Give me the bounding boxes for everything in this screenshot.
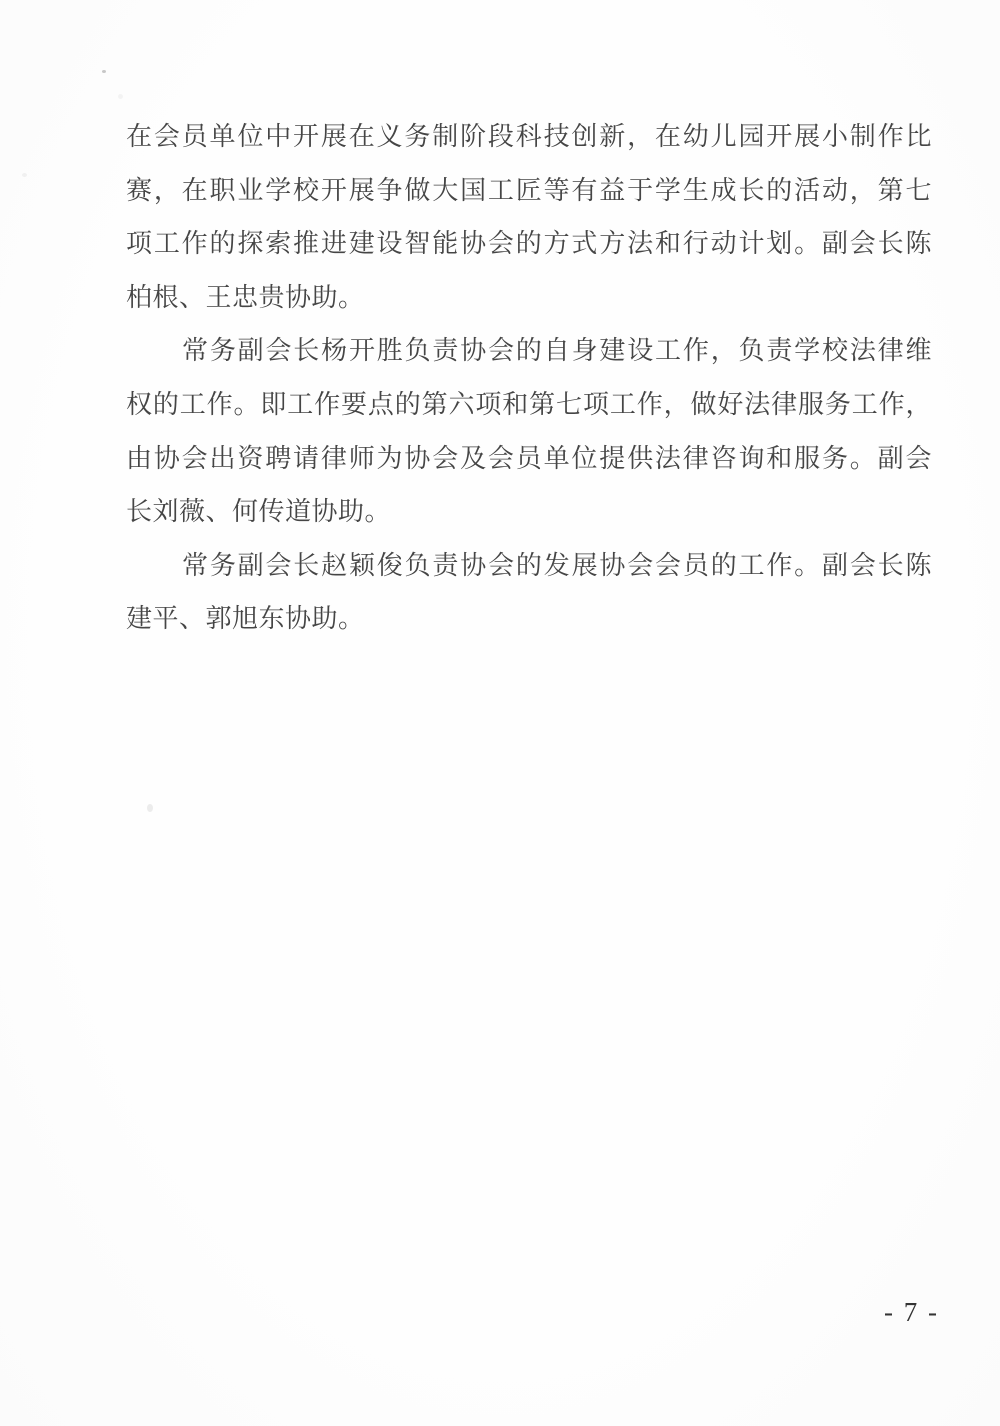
text-line: 由协会出资聘请律师为协会及会员单位提供法律咨询和服务。副会 — [126, 432, 932, 486]
text-line: 柏根、王忠贵协助。 — [126, 271, 932, 325]
scan-speck — [22, 173, 27, 177]
text-line: 常务副会长赵颖俊负责协会的发展协会会员的工作。副会长陈 — [126, 539, 932, 593]
scan-speck — [118, 94, 123, 99]
paragraph-3: 常务副会长赵颖俊负责协会的发展协会会员的工作。副会长陈 建平、郭旭东协助。 — [126, 539, 932, 646]
text-line: 赛，在职业学校开展争做大国工匠等有益于学生成长的活动，第七 — [126, 164, 932, 218]
paragraph-1: 在会员单位中开展在义务制阶段科技创新，在幼儿园开展小制作比 赛，在职业学校开展争… — [126, 110, 932, 324]
text-line: 常务副会长杨开胜负责协会的自身建设工作，负责学校法律维 — [126, 324, 932, 378]
scan-speck — [147, 804, 153, 812]
scanned-document-page: 在会员单位中开展在义务制阶段科技创新，在幼儿园开展小制作比 赛，在职业学校开展争… — [0, 0, 1000, 1426]
paragraph-2: 常务副会长杨开胜负责协会的自身建设工作，负责学校法律维 权的工作。即工作要点的第… — [126, 324, 932, 538]
document-body: 在会员单位中开展在义务制阶段科技创新，在幼儿园开展小制作比 赛，在职业学校开展争… — [126, 110, 932, 646]
text-line: 权的工作。即工作要点的第六项和第七项工作，做好法律服务工作， — [126, 378, 932, 432]
text-line: 长刘薇、何传道协助。 — [126, 485, 932, 539]
page-number: - 7 - — [884, 1297, 939, 1328]
text-line: 在会员单位中开展在义务制阶段科技创新，在幼儿园开展小制作比 — [126, 110, 932, 164]
text-line: 建平、郭旭东协助。 — [126, 592, 932, 646]
text-line: 项工作的探索推进建设智能协会的方式方法和行动计划。副会长陈 — [126, 217, 932, 271]
scan-speck — [102, 70, 106, 73]
